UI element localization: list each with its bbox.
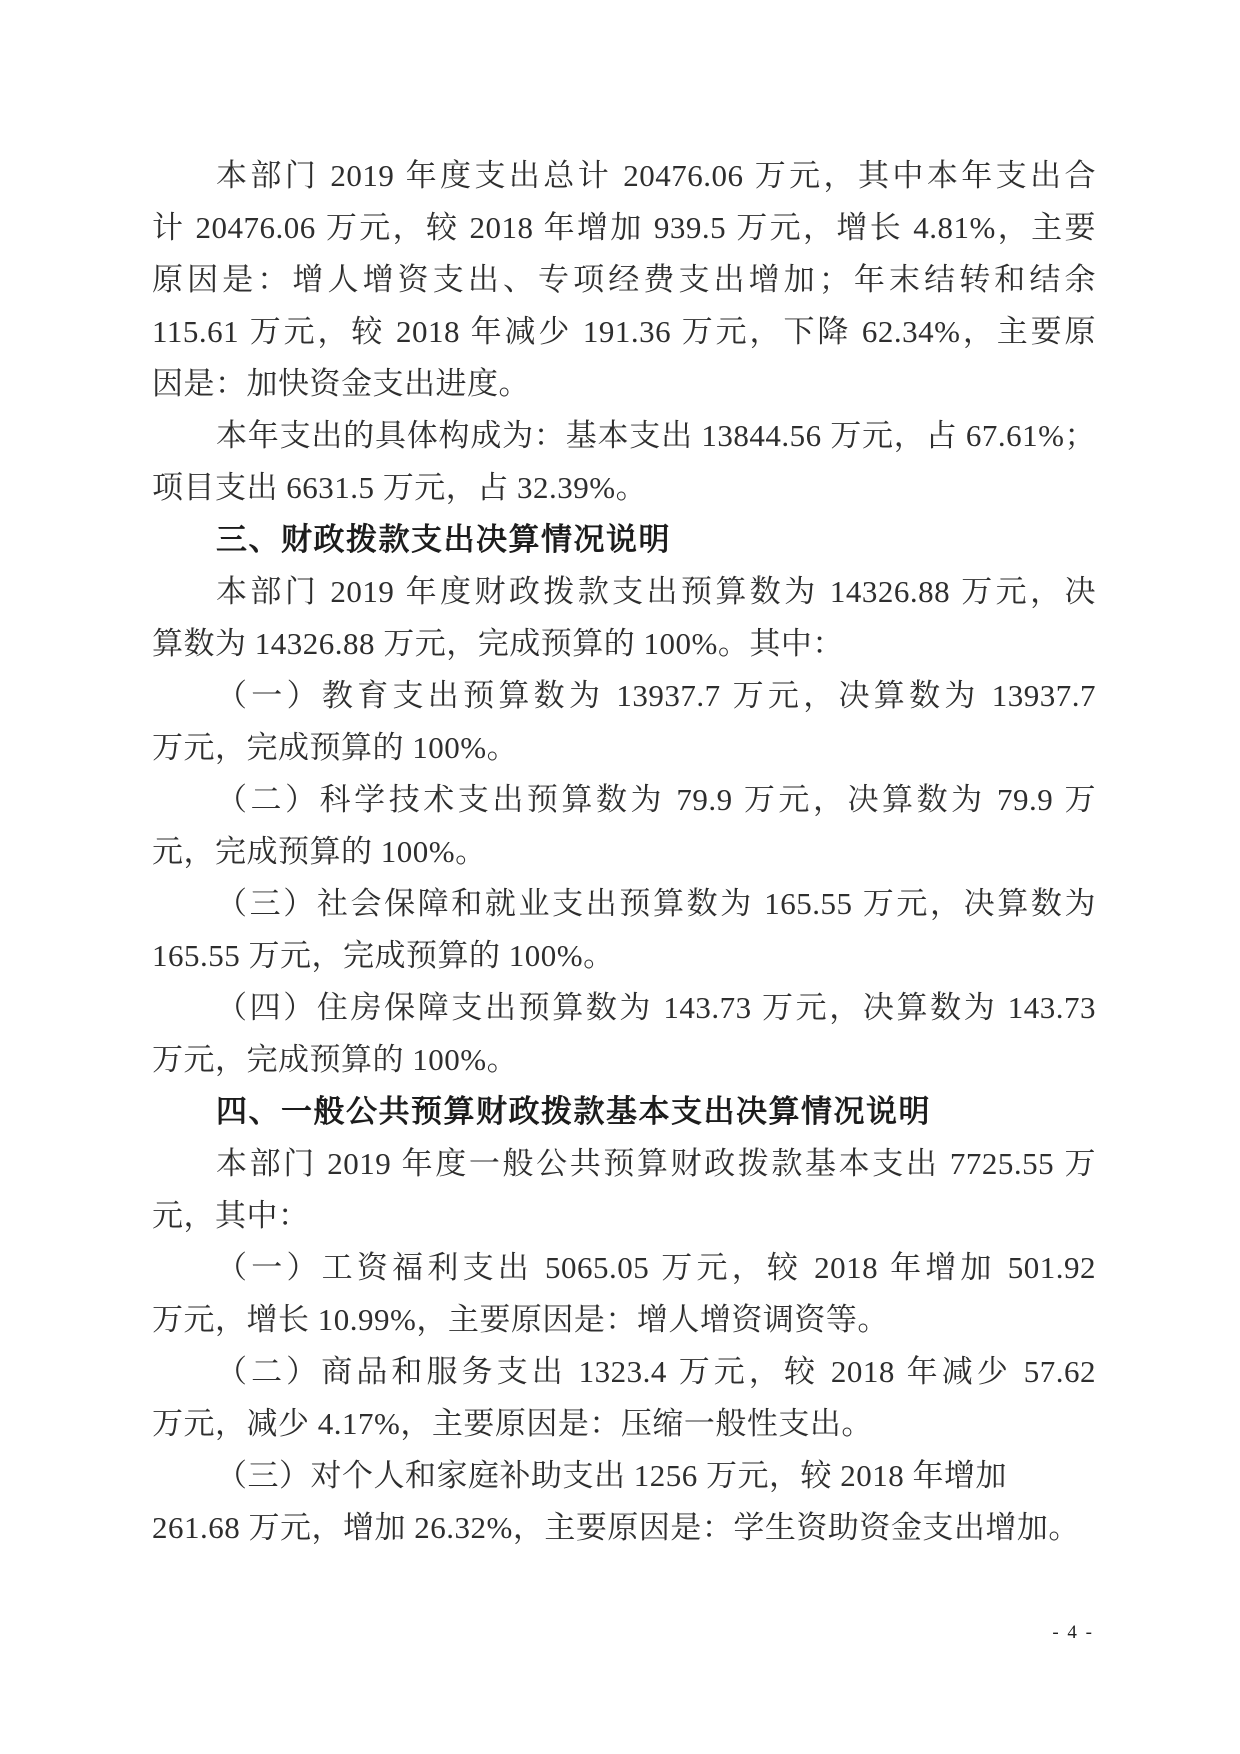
body-text-line: （三）对个人和家庭补助支出 1256 万元，较 2018 年增加 — [152, 1450, 1096, 1502]
body-text-line: （四）住房保障支出预算数为 143.73 万元，决算数为 143.73 — [152, 982, 1096, 1034]
body-text-line: 万元，完成预算的 100%。 — [152, 1034, 1096, 1086]
section-heading: 四、一般公共预算财政拨款基本支出决算情况说明 — [152, 1086, 1096, 1138]
body-text-line: 万元，完成预算的 100%。 — [152, 722, 1096, 774]
body-text-line: 261.68 万元，增加 26.32%，主要原因是：学生资助资金支出增加。 — [152, 1502, 1096, 1554]
body-text-line: 万元，增长 10.99%，主要原因是：增人增资调资等。 — [152, 1294, 1096, 1346]
body-text-line: 本部门 2019 年度支出总计 20476.06 万元，其中本年支出合 — [152, 150, 1096, 202]
body-text-line: 因是：加快资金支出进度。 — [152, 358, 1096, 410]
body-text-line: （三）社会保障和就业支出预算数为 165.55 万元，决算数为 — [152, 878, 1096, 930]
body-text-line: 算数为 14326.88 万元，完成预算的 100%。其中： — [152, 618, 1096, 670]
body-text-line: 计 20476.06 万元，较 2018 年增加 939.5 万元，增长 4.8… — [152, 202, 1096, 254]
body-text-line: （二）科学技术支出预算数为 79.9 万元，决算数为 79.9 万 — [152, 774, 1096, 826]
body-text-line: 元，完成预算的 100%。 — [152, 826, 1096, 878]
body-text-line: 本年支出的具体构成为：基本支出 13844.56 万元，占 67.61%； — [152, 410, 1096, 462]
body-text-line: 本部门 2019 年度一般公共预算财政拨款基本支出 7725.55 万 — [152, 1138, 1096, 1190]
body-text-line: （一）教育支出预算数为 13937.7 万元，决算数为 13937.7 — [152, 670, 1096, 722]
section-heading: 三、财政拨款支出决算情况说明 — [152, 514, 1096, 566]
body-text-line: 元，其中： — [152, 1190, 1096, 1242]
body-text-line: 万元，减少 4.17%，主要原因是：压缩一般性支出。 — [152, 1398, 1096, 1450]
body-text-line: 本部门 2019 年度财政拨款支出预算数为 14326.88 万元，决 — [152, 566, 1096, 618]
page-number: - 4 - — [1052, 1622, 1094, 1644]
body-text-line: 165.55 万元，完成预算的 100%。 — [152, 930, 1096, 982]
document-page: 本部门 2019 年度支出总计 20476.06 万元，其中本年支出合计 204… — [0, 0, 1240, 1754]
body-text-line: 原因是：增人增资支出、专项经费支出增加；年末结转和结余 — [152, 254, 1096, 306]
body-text-line: 项目支出 6631.5 万元，占 32.39%。 — [152, 462, 1096, 514]
body-text-line: （一）工资福利支出 5065.05 万元，较 2018 年增加 501.92 — [152, 1242, 1096, 1294]
body-text-line: 115.61 万元，较 2018 年减少 191.36 万元，下降 62.34%… — [152, 306, 1096, 358]
body-text-line: （二）商品和服务支出 1323.4 万元，较 2018 年减少 57.62 — [152, 1346, 1096, 1398]
text-block: 本部门 2019 年度支出总计 20476.06 万元，其中本年支出合计 204… — [152, 150, 1096, 1554]
